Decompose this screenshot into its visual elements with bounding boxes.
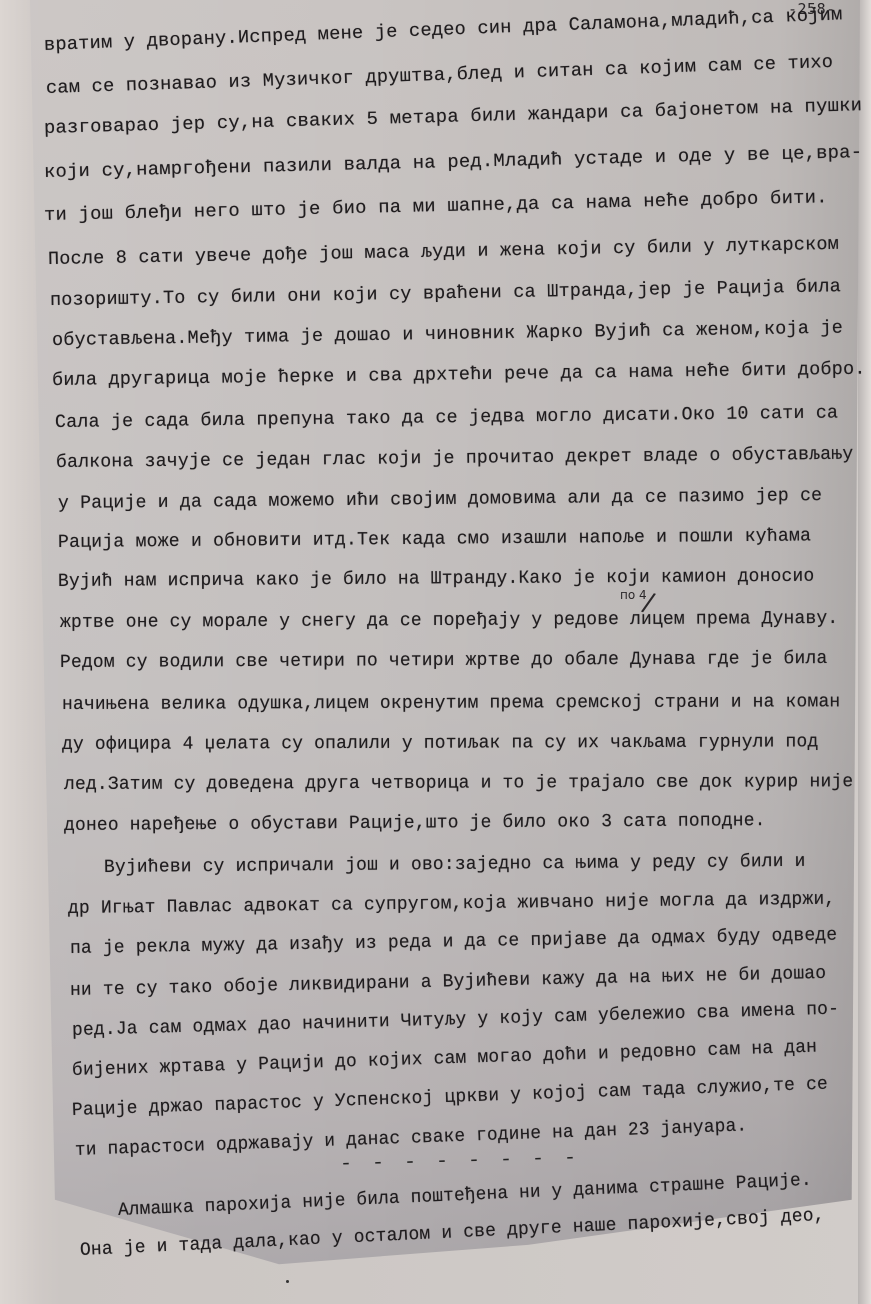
text-line: бијених жртава у Рацији до којих сам мог… — [72, 1037, 818, 1081]
text-line: Рација може и обновити итд.Тек када смо … — [58, 525, 811, 553]
text-line: ти још блеђи него што је био па ми шапне… — [44, 187, 828, 226]
text-line: сам се познавао из Музичког друштва,блед… — [46, 52, 834, 99]
text-line: донео наређење о обустави Рације,што је … — [64, 810, 766, 836]
section-divider: - - - - - - - - — [340, 1147, 581, 1176]
text-line: начињена велика одушка,лицем окренутим п… — [62, 691, 840, 715]
text-line: Сала је сада била препуна тако да се јед… — [55, 402, 838, 433]
text-line: разговарао јер су,на сваких 5 метара бил… — [44, 95, 863, 139]
text-line: др Игњат Павлас адвокат са супругом,која… — [68, 889, 836, 919]
text-line: ни те су тако обоје ликвидирани а Вујиће… — [70, 963, 827, 1001]
text-line: жртве оне су морале у снегу да се поређа… — [60, 608, 838, 633]
text-line: била другарица моје ћерке и сва дрхтећи … — [52, 359, 866, 391]
text-line: у Рације и да сада можемо ићи својим дом… — [58, 485, 822, 514]
text-line: који су,намргођени пазили валда на ред.М… — [44, 142, 863, 183]
text-line: лед.Затим су доведена друга четворица и … — [64, 771, 853, 795]
page-text: -258- вратим у дворану.Испред мене је се… — [0, 0, 871, 1304]
text-line: После 8 сати увече дође још маса људи и … — [48, 234, 839, 270]
text-line: вратим у дворану.Испред мене је седео си… — [44, 4, 843, 56]
text-line: обустављена.Међу тима је дошао и чиновни… — [52, 318, 843, 351]
text-line: Редом су водили све четири по четири жрт… — [60, 648, 828, 673]
text-line: ред.Ја сам одмах дао начинити Читуљу у к… — [72, 999, 840, 1041]
text-line: па је рекла мужу да изађу из реда и да с… — [70, 925, 838, 959]
text-line: Рације држао парастос у Успенској цркви … — [72, 1074, 829, 1121]
text-line: позоришту.То су били они који су враћени… — [50, 276, 841, 311]
text-line: ду официра 4 џелата су опалили у потиљак… — [62, 731, 819, 755]
text-line: балкона зачује се један глас који је про… — [56, 444, 854, 473]
text-line: Вујићеви су испричали још и ово:заједно … — [104, 851, 806, 878]
handwritten-annotation: по 4 — [620, 588, 647, 602]
text-line: Вујић нам исприча како је било на Штранд… — [58, 566, 815, 592]
ink-speck — [286, 1280, 289, 1283]
